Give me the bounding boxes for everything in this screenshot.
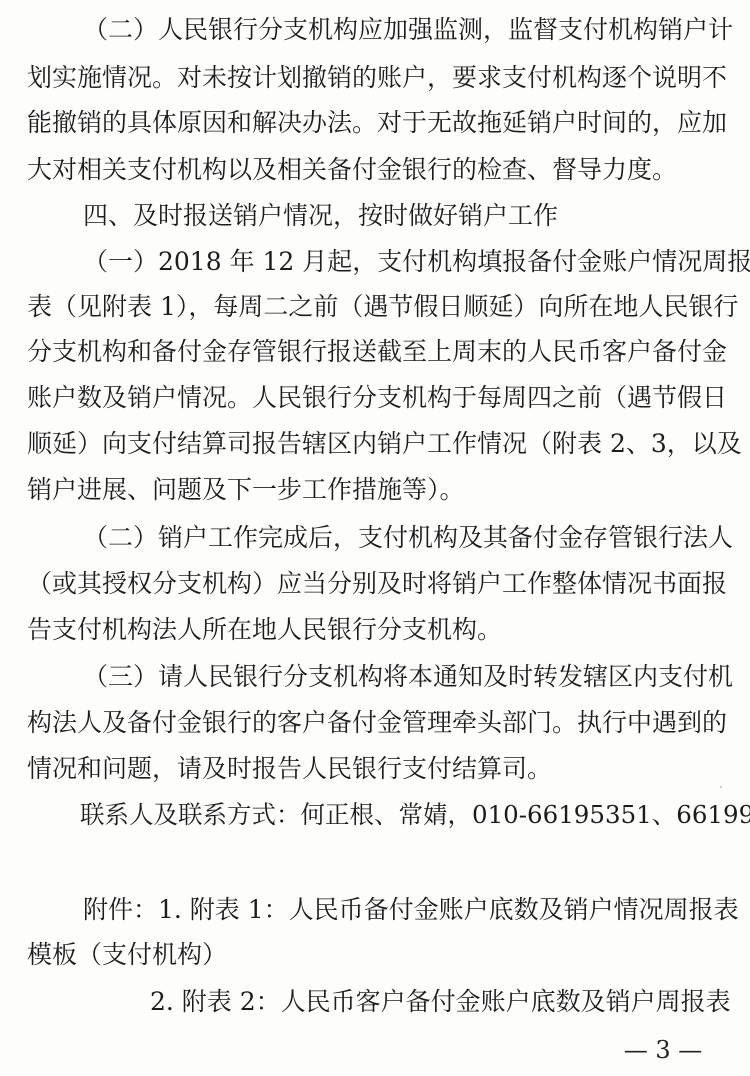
paragraph-2-2-line-3: 能撤销的具体原因和解决办法。对于无故拖延销户时间的，应加 bbox=[27, 106, 727, 140]
contact-info: 联系人及联系方式：何正根、常婧，010-66195351、66199480 bbox=[80, 798, 727, 832]
paragraph-4-3-line-2: 构法人及备付金银行的客户备付金管理牵头部门。执行中遇到的 bbox=[27, 706, 727, 740]
paragraph-4-3-line-3: 情况和问题，请及时报告人民银行支付结算司。 bbox=[27, 752, 727, 786]
section-4-heading: 四、及时报送销户情况，按时做好销户工作 bbox=[83, 199, 727, 233]
paragraph-4-1-line-6: 销户进展、问题及下一步工作措施等）。 bbox=[27, 473, 727, 507]
paragraph-4-1-line-5: 顺延）向支付结算司报告辖区内销户工作情况（附表 2、3，以及 bbox=[27, 427, 727, 461]
paragraph-4-1-line-2: 表（见附表 1），每周二之前（遇节假日顺延）向所在地人民银行 bbox=[27, 290, 727, 324]
paragraph-2-2-line-4: 大对相关支付机构以及相关备付金银行的检查、督导力度。 bbox=[27, 153, 727, 187]
attachment-1-line-1: 附件：1. 附表 1：人民币备付金账户底数及销户情况周报表 bbox=[83, 893, 727, 927]
scan-speck bbox=[720, 786, 722, 788]
paragraph-4-2-line-1: （二）销户工作完成后，支付机构及其备付金存管银行法人 bbox=[83, 521, 727, 555]
paragraph-4-1-line-1: （一）2018 年 12 月起，支付机构填报备付金账户情况周报 bbox=[83, 245, 727, 279]
attachment-2: 2. 附表 2：人民币客户备付金账户底数及销户周报表 bbox=[150, 985, 727, 1019]
paragraph-4-3-line-1: （三）请人民银行分支机构将本通知及时转发辖区内支付机 bbox=[83, 660, 727, 694]
paragraph-4-1-line-4: 账户数及销户情况。人民银行分支机构于每周四之前（遇节假日 bbox=[27, 381, 727, 415]
attachment-1-line-2: 模板（支付机构） bbox=[27, 938, 727, 972]
paragraph-2-2-line-1: （二）人民银行分支机构应加强监测，监督支付机构销户计 bbox=[83, 13, 727, 47]
paragraph-2-2-line-2: 划实施情况。对未按计划撤销的账户，要求支付机构逐个说明不 bbox=[27, 61, 727, 95]
page-number: — 3 — bbox=[618, 1034, 708, 1066]
paragraph-4-1-line-3: 分支机构和备付金存管银行报送截至上周末的人民币客户备付金 bbox=[27, 335, 727, 369]
document-page: （二）人民银行分支机构应加强监测，监督支付机构销户计 划实施情况。对未按计划撤销… bbox=[0, 0, 750, 1076]
paragraph-4-2-line-2: （或其授权分支机构）应当分别及时将销户工作整体情况书面报 bbox=[27, 567, 727, 601]
paragraph-4-2-line-3: 告支付机构法人所在地人民银行分支机构。 bbox=[27, 613, 727, 647]
